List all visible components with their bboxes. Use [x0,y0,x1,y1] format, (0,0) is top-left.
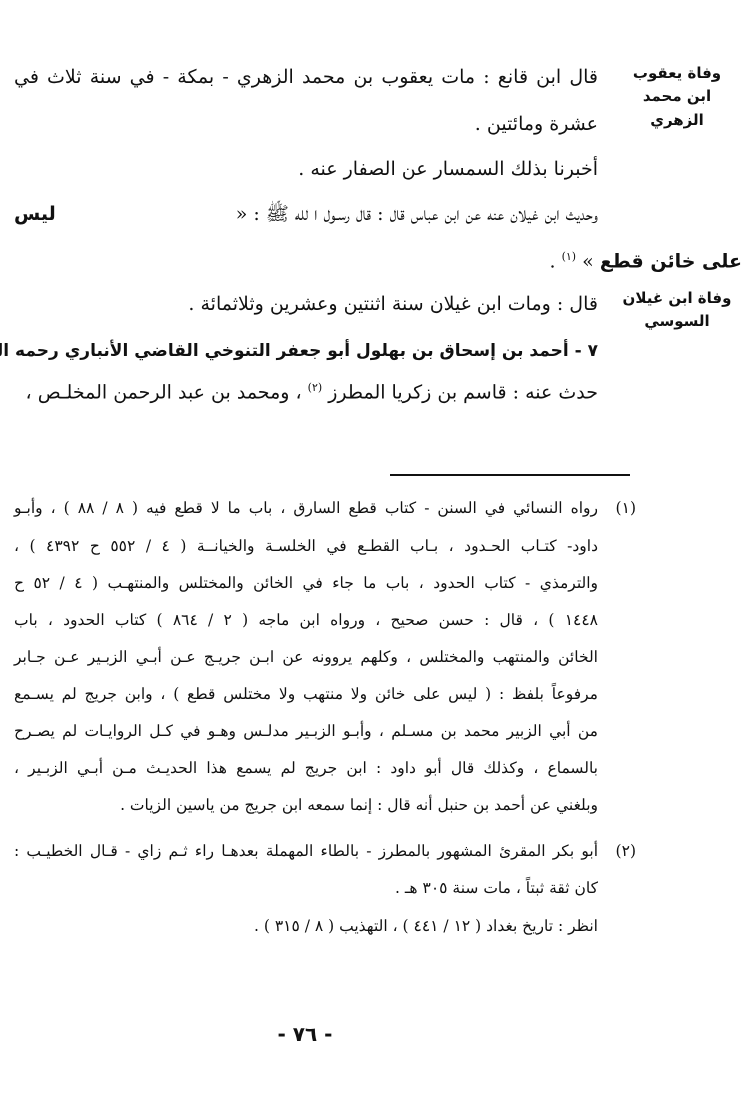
main-text-line-1: قال ابن قانع : مات يعقوب بن محمد الزهري … [14,66,598,89]
narrators-a: حدث عنه : قاسم بن زكريا المطرز [328,381,598,403]
footnote-1-line: بالسماع ، وكذلك قال أبو داود : ابن جريج … [14,759,598,778]
footnote-number-1: (١) [616,499,636,517]
margin-note-line: وفاة يعقوب [612,62,742,85]
footnote-2-line: انظر : تاريخ بغداد ( ١٢ / ٤٤١ ) ، التهذي… [14,917,598,936]
main-text-line-4: وحديث ابن غيلان عنه عن ابن عباس قال : قا… [14,203,598,226]
footnote-ref-2[interactable]: (٢) [308,381,323,394]
book-page: وفاة يعقوب ابن محمد الزهري وفاة ابن غيلا… [0,0,756,1100]
margin-note-death-ibn-ghaylan: وفاة ابن غيلان السوسي [612,287,742,334]
margin-note-line: الزهري [612,109,742,132]
main-text-line-5: على خائن قطع » (١) . [549,250,742,273]
margin-note-line: وفاة ابن غيلان [612,287,742,310]
footnote-separator [390,474,630,476]
main-text-line-8: حدث عنه : قاسم بن زكريا المطرز (٢) ، ومح… [26,381,598,404]
margin-note-line: السوسي [612,310,742,333]
period: . [549,250,555,272]
entry-heading: ٧ - أحمد بن إسحاق بن بهلول أبو جعفر التن… [150,341,598,361]
footnote-1-line: مرفوعاً بلفظ : ( ليس على خائن ولا منتهب … [14,685,598,704]
footnote-1-line: والترمذي - كتاب الحدود ، باب ما جاء في ا… [14,574,598,593]
main-text-line-3: أخبرنا بذلك السمسار عن الصفار عنه . [298,158,598,181]
narrators-b: ، ومحمد بن عبد الرحمن المخلـص ، [26,381,302,403]
quote-close: » [582,250,594,272]
hadith-intro: وحديث ابن غيلان عنه عن ابن عباس قال : قا… [236,203,598,225]
hadith-text-end: على خائن قطع [600,250,742,272]
footnote-1-line: داود- كتـاب الحـدود ، بـاب القطـع في الخ… [14,537,598,556]
main-text-line-6: قال : ومات ابن غيلان سنة اثنتين وعشرين و… [188,293,598,316]
page-number: - ٧٦ - [250,1022,360,1046]
main-text-line-2: عشرة ومائتين . [475,113,598,136]
footnote-1-line: ١٤٤٨ ) ، قال : حسن صحيح ، ورواه ابن ماجه… [14,611,598,630]
hadith-text-start: ليس [14,203,56,226]
footnote-1-line: من أبي الزبير محمد بن مسـلم ، وأبـو الزب… [14,722,598,741]
footnote-1-line: وبلغني عن أحمد بن حنبل أنه قال : إنما سم… [14,796,598,815]
margin-note-death-yaqub: وفاة يعقوب ابن محمد الزهري [612,62,742,132]
footnote-number-2: (٢) [616,842,636,860]
footnote-ref-1[interactable]: (١) [562,250,577,263]
footnote-1-line: رواه النسائي في السنن - كتاب قطع السارق … [14,499,598,518]
footnote-2-line: أبو بكر المقرئ المشهور بالمطرز - بالطاء … [14,842,598,861]
footnote-2-line: كان ثقة ثبتاً ، مات سنة ٣٠٥ هـ . [14,879,598,898]
margin-note-line: ابن محمد [612,85,742,108]
footnote-1-line: الخائن والمنتهب والمختلس ، وكلهم يروونه … [14,648,598,667]
